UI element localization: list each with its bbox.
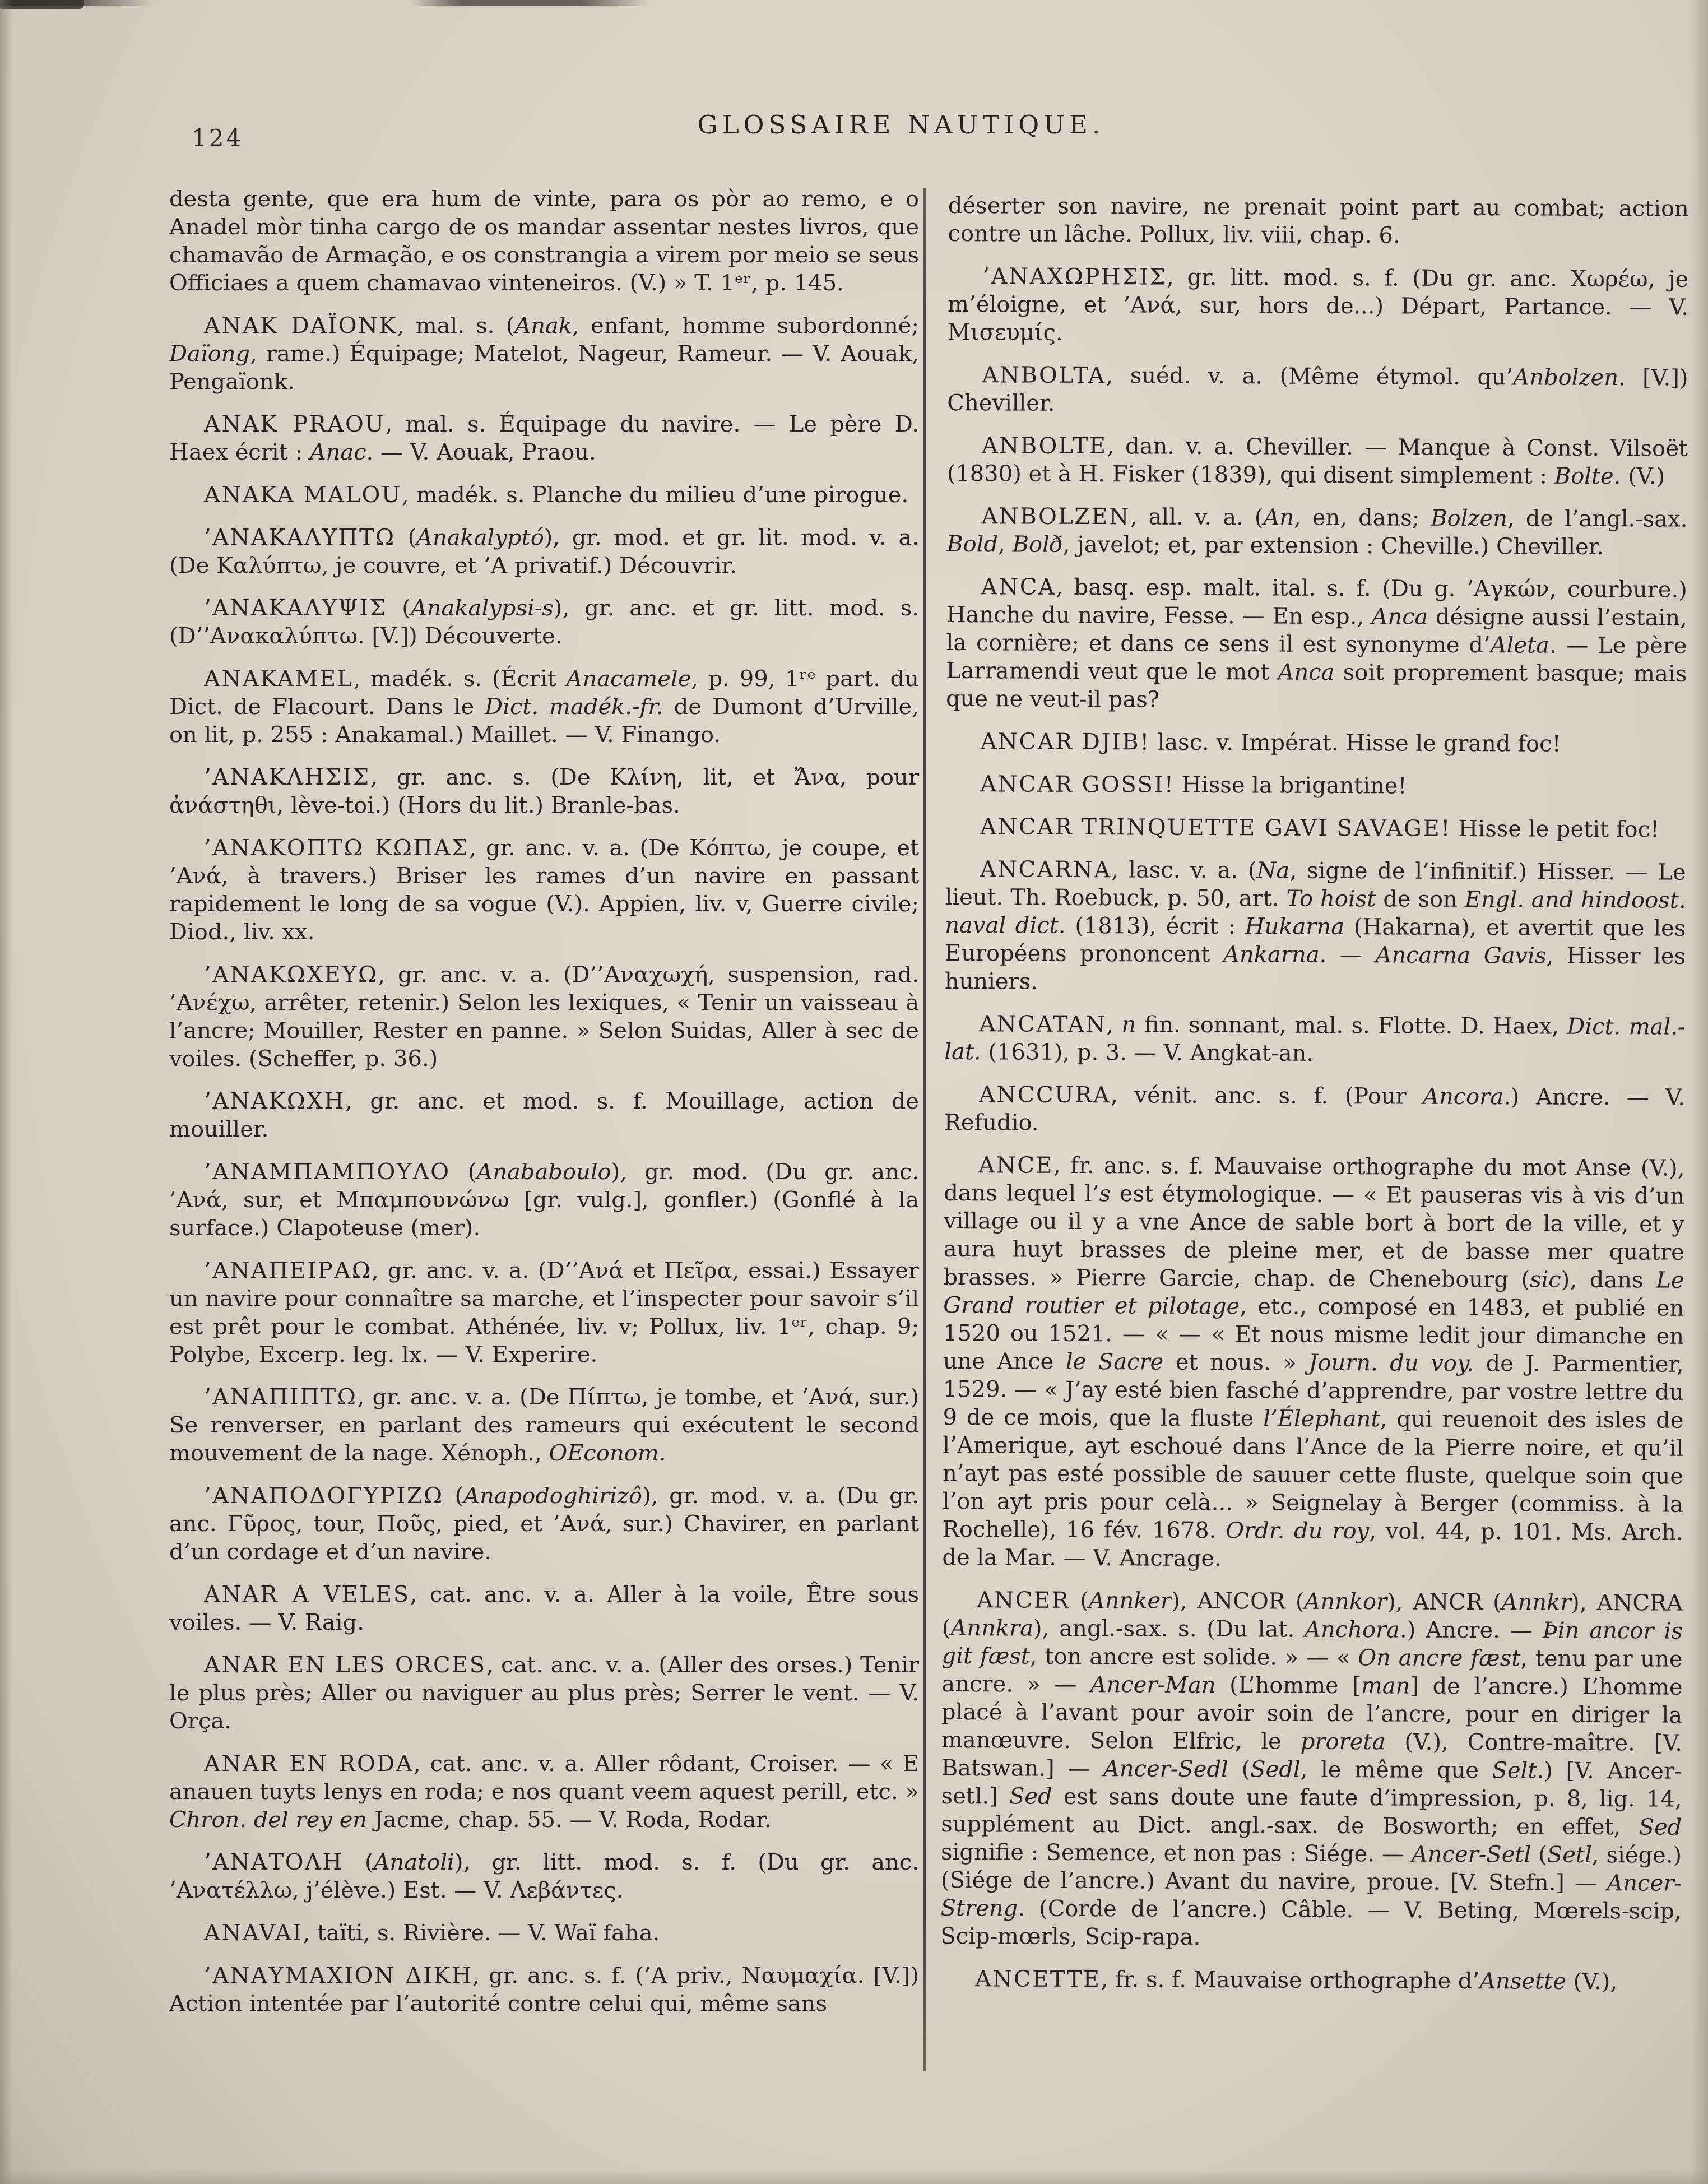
dictionary-entry: ’ΑΝΑΚΛΗΣΙΣ, gr. anc. s. (De Κλίνη, lit, … <box>169 763 919 819</box>
entry-headword: ’ΑΝΑΥΜΑΧΙΟΝ ΔΙΚΗ <box>204 1963 472 1988</box>
dictionary-entry: ANCAR TRINQUETTE GAVI SAVAGE! Hisse le p… <box>945 813 1686 844</box>
dictionary-entry: ANBOLTA, suéd. v. a. (Même étymol. qu’An… <box>947 361 1688 420</box>
entry-headword: ’ΑΝΑΠΙΠΤΩ <box>204 1384 357 1410</box>
entry-headword: ’ΑΝΑΚΩΧΕΥΩ <box>204 962 378 987</box>
dictionary-entry: ’ΑΝΑΥΜΑΧΙΟΝ ΔΙΚΗ, gr. anc. s. f. (’Α pri… <box>169 1962 919 2018</box>
dictionary-entry: ANAR A VELES, cat. anc. v. a. Aller à la… <box>169 1580 919 1636</box>
entry-headword: ANAKAMEL <box>204 666 354 692</box>
scan-artifact <box>0 0 84 9</box>
right-column: déserter son navire, ne prenait point pa… <box>940 192 1689 2011</box>
left-column: desta gente, que era hum de vinte, para … <box>169 185 919 2032</box>
dictionary-entry: ANCCURA, vénit. anc. s. f. (Pour Ancora.… <box>944 1081 1685 1140</box>
dictionary-entry: ANAVAI, taïti, s. Rivière. — V. Waï faha… <box>169 1919 919 1947</box>
entry-headword: ANAK PRAOU <box>204 411 385 437</box>
entry-headword: ANAKA MALOU <box>204 482 402 508</box>
entry-headword: ANCAR TRINQUETTE GAVI SAVAGE! <box>980 814 1451 842</box>
dictionary-entry: ANBOLTE, dan. v. a. Cheviller. — Manque … <box>947 432 1688 491</box>
scan-artifact <box>0 2169 1708 2184</box>
entry-headword: ’ΑΝΑΜΠΑΜΠΟΥΛΟ <box>204 1159 450 1185</box>
dictionary-entry: ANCATAN, n fin. sonnant, mal. s. Flotte.… <box>944 1010 1685 1069</box>
entry-headword: ANAR EN LES ORCES <box>204 1652 486 1678</box>
entry-headword: ’ΑΝΑΤΟΛΗ <box>204 1849 344 1875</box>
entry-headword: ANCA <box>981 574 1056 600</box>
entry-headword: ’ΑΝΑΠΟΔΟΓΥΡΙΖΩ <box>204 1483 444 1509</box>
dictionary-entry: ANCARNA, lasc. v. a. (Na, signe de l’inf… <box>945 855 1686 999</box>
entry-headword: ’ΑΝΑΚΟΠΤΩ ΚΩΠΑΣ <box>204 835 469 861</box>
dictionary-entry: ’ΑΝΑΚΩΧΗ, gr. anc. et mod. s. f. Mouilla… <box>169 1087 919 1143</box>
entry-headword: ANAVAI <box>204 1920 303 1946</box>
dictionary-entry: ’ΑΝΑΠΕΙΡΑΩ, gr. anc. v. a. (D’’Ανά et Πε… <box>169 1256 919 1369</box>
dictionary-entry: ANAR EN RODA, cat. anc. v. a. Aller rôda… <box>169 1750 919 1834</box>
dictionary-entry: ANAK PRAOU, mal. s. Équipage du navire. … <box>169 410 919 466</box>
entry-headword: ANCER <box>977 1587 1070 1613</box>
entry-headword: ANCAR GOSSI! <box>980 771 1175 798</box>
entry-headword: ANAR EN RODA <box>204 1751 414 1777</box>
entry-headword: ANBOLTA <box>982 362 1106 388</box>
dictionary-entry: ’ΑΝΑΠΙΠΤΩ, gr. anc. v. a. (De Πίπτω, je … <box>169 1383 919 1467</box>
entry-headword: ANBOLZEN <box>981 503 1130 530</box>
entry-headword: ’ΑΝΑΧΩΡΗΣΙΣ <box>982 263 1167 290</box>
dictionary-entry: ’ΑΝΑΚΟΠΤΩ ΚΩΠΑΣ, gr. anc. v. a. (De Κόπτ… <box>169 834 919 946</box>
dictionary-entry: ’ΑΝΑΧΩΡΗΣΙΣ, gr. litt. mod. s. f. (Du gr… <box>948 262 1689 350</box>
dictionary-entry: ’ΑΝΑΠΟΔΟΓΥΡΙΖΩ (Anapodoghirizô), gr. mod… <box>169 1482 919 1566</box>
entry-headword: ANBOLTE <box>982 433 1107 459</box>
entry-headword: ANCE <box>978 1152 1053 1179</box>
entry-headword: ’ΑΝΑΚΛΗΣΙΣ <box>204 764 370 790</box>
dictionary-entry: ’ΑΝΑΚΑΛΥΨΙΣ (Anakalypsi-s), gr. anc. et … <box>169 594 919 650</box>
dictionary-entry: ’ΑΝΑΚΩΧΕΥΩ, gr. anc. v. a. (D’’Αναχωχή, … <box>169 961 919 1073</box>
scanned-book-page: 124 GLOSSAIRE NAUTIQUE. desta gente, que… <box>0 0 1708 2184</box>
dictionary-entry: ANCAR GOSSI! Hisse la brigantine! <box>945 770 1686 801</box>
continuation-paragraph: déserter son navire, ne prenait point pa… <box>948 192 1689 251</box>
entry-headword: ’ΑΝΑΚΩΧΗ <box>204 1088 345 1114</box>
dictionary-entry: ’ΑΝΑΤΟΛΗ (Anatoli), gr. litt. mod. s. f.… <box>169 1848 919 1904</box>
dictionary-entry: ’ΑΝΑΜΠΑΜΠΟΥΛΟ (Anababoulo), gr. mod. (Du… <box>169 1158 919 1242</box>
dictionary-entry: ANCETTE, fr. s. f. Mauvaise orthographe … <box>940 1965 1681 1996</box>
entry-headword: ’ΑΝΑΚΑΛΥΨΙΣ <box>204 595 387 621</box>
entry-headword: ’ΑΝΑΠΕΙΡΑΩ <box>204 1258 372 1283</box>
scan-artifact <box>0 0 1708 6</box>
dictionary-entry: ANCER (Annker), ANCOR (Annkor), ANCR (An… <box>940 1586 1683 1954</box>
dictionary-entry: ANBOLZEN, all. v. a. (An, en, dans; Bolz… <box>946 502 1687 562</box>
dictionary-entry: ANAR EN LES ORCES, cat. anc. v. a. (Alle… <box>169 1651 919 1735</box>
entry-headword: ANCCURA <box>979 1082 1111 1108</box>
entry-headword: ANCATAN <box>979 1011 1106 1037</box>
entry-headword: ’ΑΝΑΚΑΛΥΠΤΩ <box>204 525 396 550</box>
dictionary-entry: ANAKA MALOU, madék. s. Planche du milieu… <box>169 481 919 509</box>
entry-headword: ANCARNA <box>980 856 1112 883</box>
column-divider-rule <box>923 188 926 2071</box>
continuation-paragraph: desta gente, que era hum de vinte, para … <box>169 185 919 297</box>
entry-headword: ANCAR DJIB! <box>981 729 1150 755</box>
page-number: 124 <box>192 124 243 152</box>
scan-artifact <box>0 0 12 2184</box>
entry-headword: ANCETTE <box>975 1966 1101 1992</box>
dictionary-entry: ANCA, basq. esp. malt. ital. s. f. (Du g… <box>946 573 1687 716</box>
entry-headword: ANAR A VELES <box>204 1582 410 1607</box>
running-header: GLOSSAIRE NAUTIQUE. <box>698 110 1104 140</box>
dictionary-entry: ANAK DAÏONK, mal. s. (Anak, enfant, homm… <box>169 312 919 396</box>
dictionary-entry: ’ΑΝΑΚΑΛΥΠΤΩ (Anakalyptó), gr. mod. et gr… <box>169 523 919 579</box>
dictionary-entry: ANCE, fr. anc. s. f. Mauvaise orthograph… <box>942 1151 1684 1575</box>
entry-headword: ANAK DAÏONK <box>204 313 397 339</box>
scan-artifact <box>1691 0 1708 2184</box>
dictionary-entry: ANCAR DJIB! lasc. v. Impérat. Hisse le g… <box>946 727 1687 759</box>
dictionary-entry: ANAKAMEL, madék. s. (Écrit Anacamele, p.… <box>169 665 919 749</box>
